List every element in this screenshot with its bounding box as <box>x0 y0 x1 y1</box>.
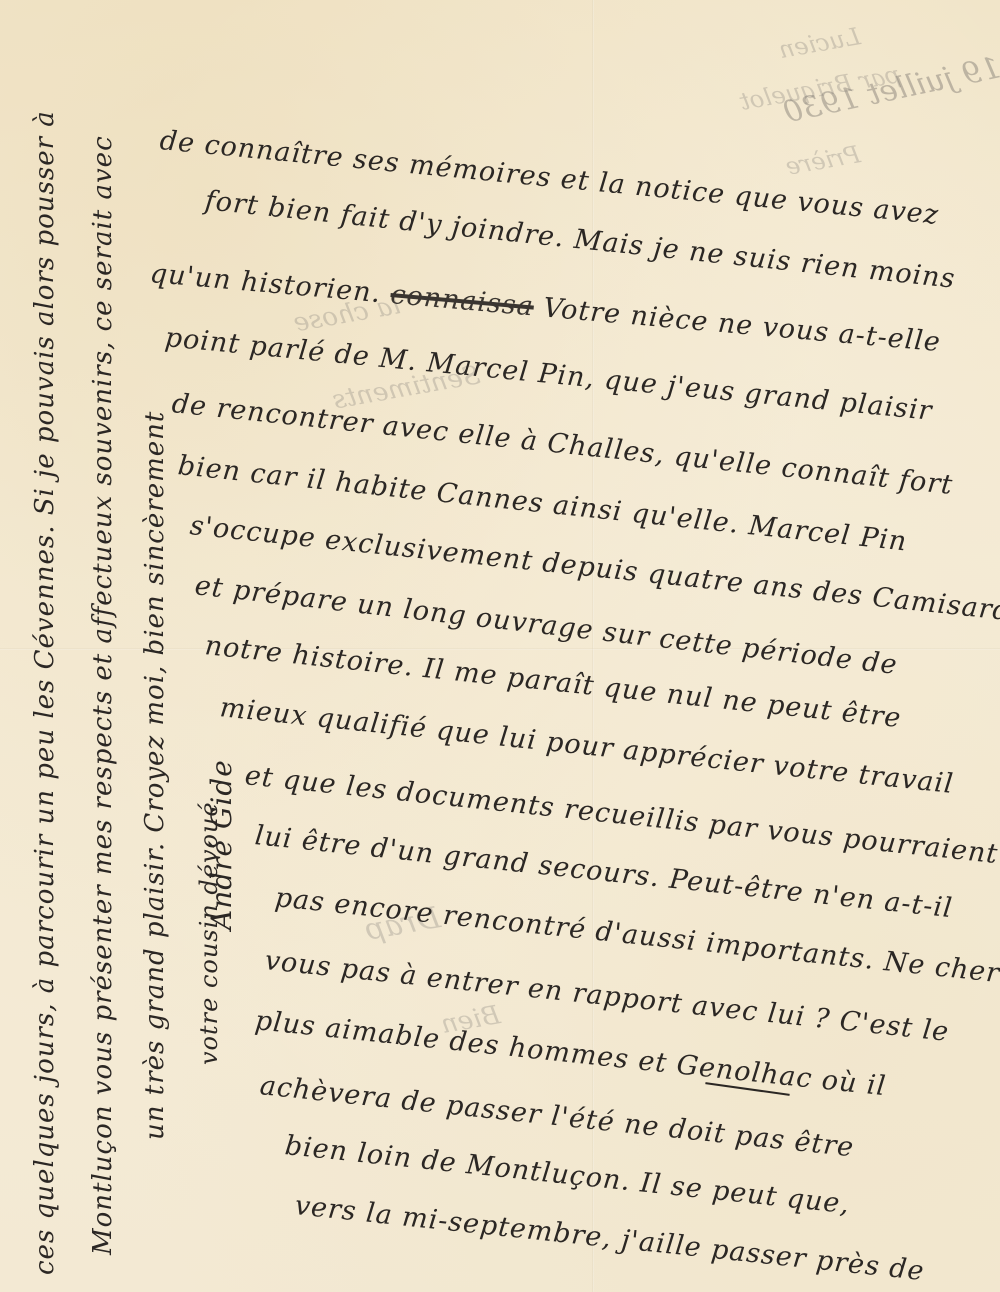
bleed-through-fragment: Lucien <box>777 22 863 64</box>
letter-line-start: qu'un historien. <box>149 258 383 309</box>
margin-line: Montluçon vous présenter mes respects et… <box>88 135 118 1255</box>
letter-line-end: Votre nièce ne vous a-t-elle <box>542 292 942 358</box>
margin-line: un très grand plaisir. Croyez moi, bien … <box>140 411 170 1140</box>
bleed-through-fragment: Prière <box>784 140 863 181</box>
margin-line: ces quelques jours, à parcourir un peu l… <box>30 110 60 1275</box>
letter-page: 19 juillet 1930 Lucien par Briquelot Pri… <box>0 0 1000 1292</box>
signature: André Gide <box>205 759 238 930</box>
struck-out-word: connaissa <box>389 279 535 322</box>
